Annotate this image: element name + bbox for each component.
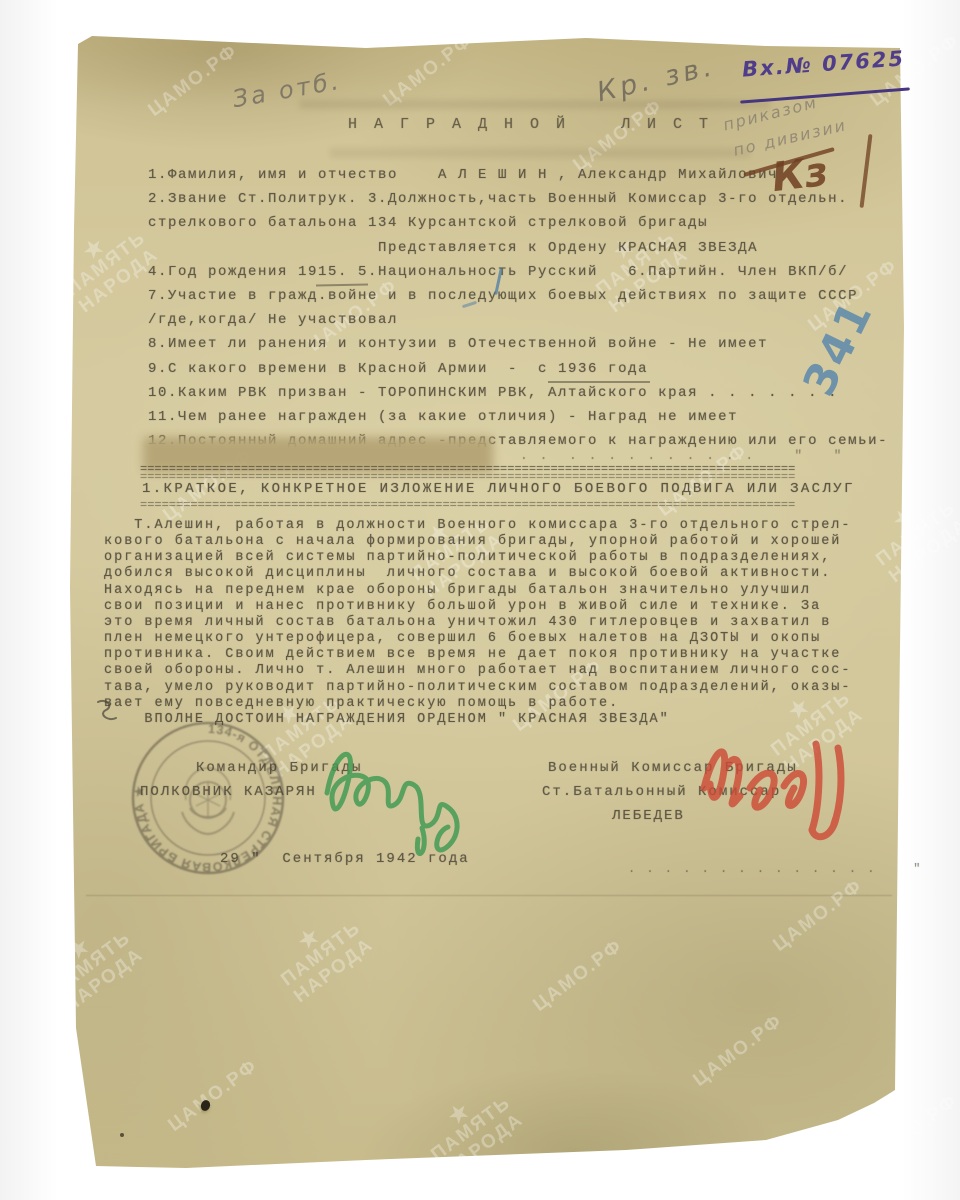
paper-hole: [199, 1099, 211, 1112]
dotted-signature-line: . . . . . . . . . . . . . . " ": [628, 862, 960, 876]
underline-1936: [548, 381, 650, 383]
section-header: 1.КРАТКОЕ, КОНКРЕТНОЕ ИЗЛОЖЕНИЕ ЛИЧНОГО …: [142, 481, 855, 497]
address-dotted-leader: . . . . . . . . . . . . " ": [520, 448, 843, 463]
separator-line: ========================================…: [140, 498, 795, 512]
margin-pencil-squiggle: [94, 696, 120, 726]
round-stamp: 134-я ОТДЕЛЬНАЯ СТРЕЛКОВАЯ БРИГАДА ★: [126, 716, 290, 880]
paper-crease: [86, 895, 892, 896]
scan-background: ЦАМО.РФЦАМО.РФЦАМО.РФЦАМО.РФ★ПАМЯТЬ НАРО…: [0, 0, 960, 1200]
form-field-lines: 1.Фамилия, имя и отчество А Л Е Ш И Н , …: [148, 163, 888, 453]
ghost-print-smudge: [330, 148, 750, 158]
signature-lebedev: [684, 726, 864, 851]
signature-kazaryan: [302, 733, 477, 873]
paper-speck: [120, 1133, 124, 1137]
document-title: Н А Г Р А Д Н О Й Л И С Т: [348, 116, 712, 133]
right-signer-name: ЛЕБЕДЕВ: [612, 808, 685, 824]
citation-body: Т.Алешин, работая в должности Военного к…: [104, 518, 852, 728]
incoming-number-ink: Вх.№ 07625: [741, 46, 905, 81]
incoming-number-underline: [740, 87, 910, 103]
content-layer: Н А Г Р А Д Н О Й Л И С Т 1.Фамилия, имя…: [0, 0, 960, 1200]
ghost-print-smudge: [300, 100, 770, 109]
